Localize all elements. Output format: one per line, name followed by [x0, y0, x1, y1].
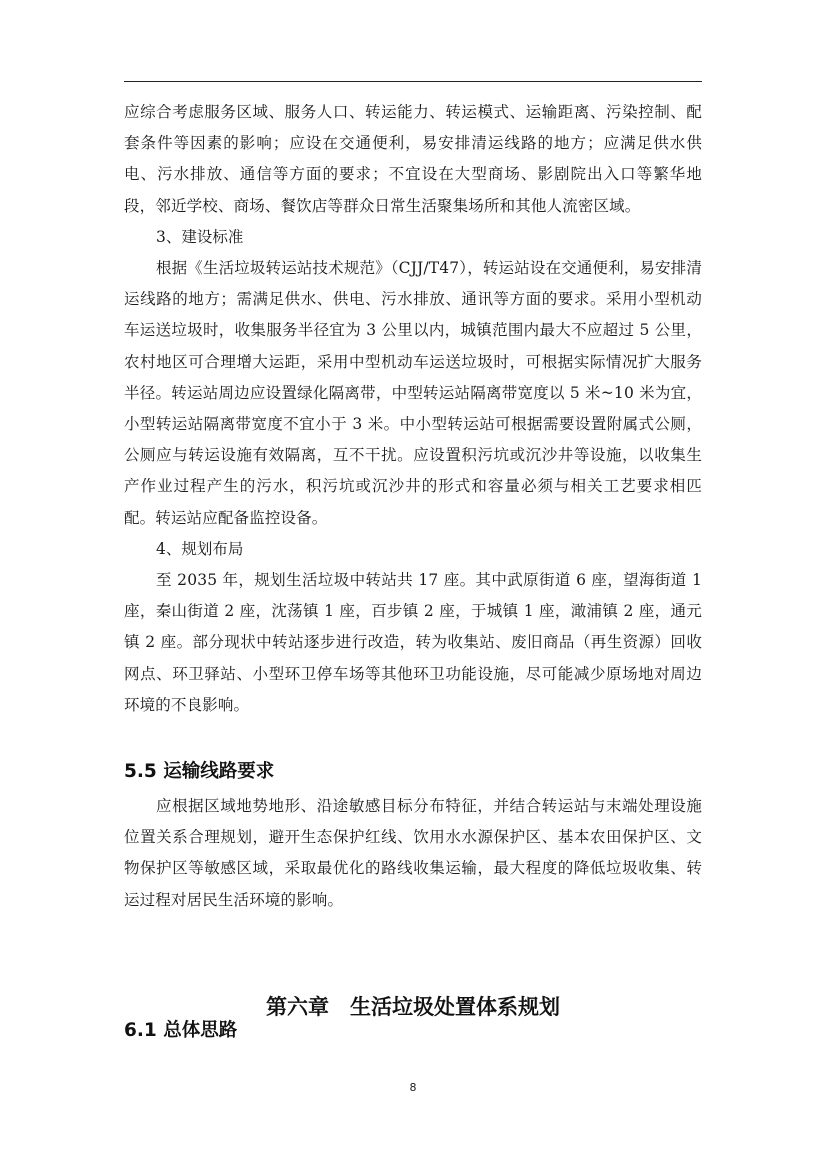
section-heading-5-5: 5.5 运输线路要求 — [124, 761, 274, 783]
section-heading-6-1: 6.1 总体思路 — [124, 1020, 237, 1042]
document-page: 应综合考虑服务区域、服务人口、转运能力、转运模式、运输距离、污染控制、配套条件等… — [0, 0, 826, 1169]
section-5-4-content: 应综合考虑服务区域、服务人口、转运能力、转运模式、运输距离、污染控制、配套条件等… — [124, 97, 702, 721]
item-heading-planning-layout: 4、规划布局 — [124, 534, 702, 565]
continued-paragraph: 应综合考虑服务区域、服务人口、转运能力、转运模式、运输距离、污染控制、配套条件等… — [124, 97, 702, 222]
transport-route-paragraph: 应根据区域地势地形、沿途敏感目标分布特征，并结合转运站与末端处理设施位置关系合理… — [124, 791, 702, 916]
item-heading-construction-standard: 3、建设标准 — [124, 222, 702, 253]
page-number: 8 — [0, 1081, 826, 1094]
section-5-5-content: 应根据区域地势地形、沿途敏感目标分布特征，并结合转运站与末端处理设施位置关系合理… — [124, 791, 702, 916]
chapter-title: 第六章 生活垃圾处置体系规划 — [0, 994, 826, 1020]
header-rule — [124, 81, 702, 82]
construction-standard-paragraph: 根据《生活垃圾转运站技术规范》（CJJ/T47），转运站设在交通便利，易安排清运… — [124, 253, 702, 534]
planning-layout-paragraph: 至 2035 年，规划生活垃圾中转站共 17 座。其中武原街道 6 座，望海街道… — [124, 565, 702, 721]
